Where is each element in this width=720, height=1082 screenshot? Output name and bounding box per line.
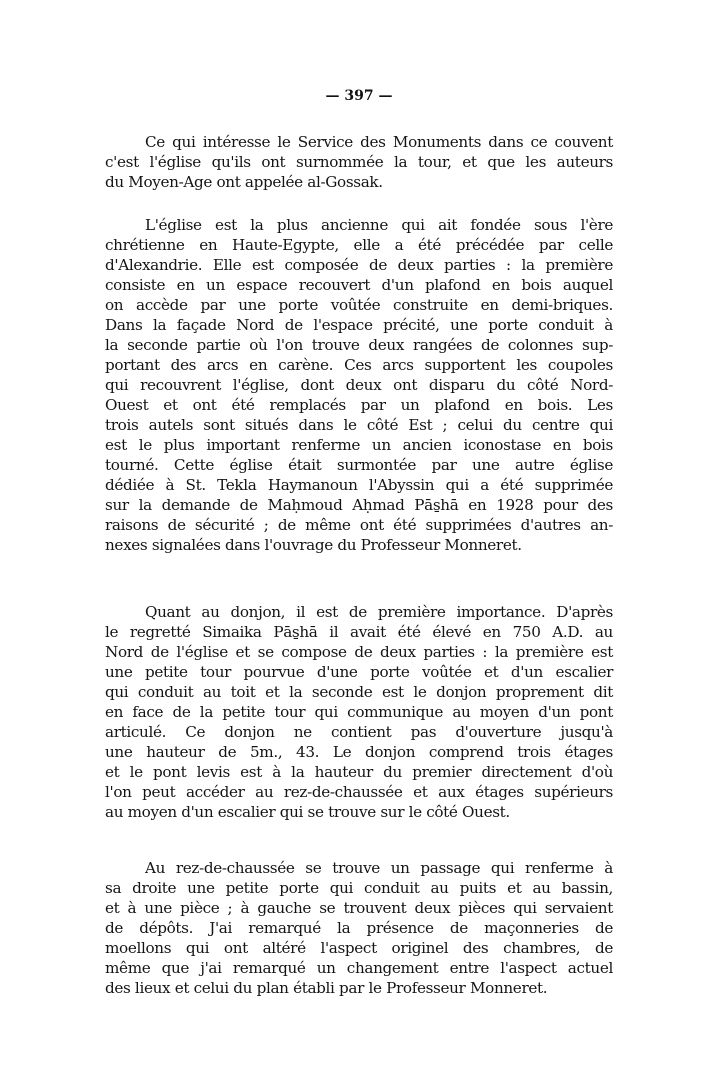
text-line: même que j'ai remarqué un changement ent… [105,958,613,978]
text-line: de dépôts. J'ai remarqué la présence de … [105,918,613,938]
text-line: consiste en un espace recouvert d'un pla… [105,275,613,295]
page-number: — 397 — [105,88,613,104]
text-line: des lieux et celui du plan établi par le… [105,978,613,998]
text-line: Ce qui intéresse le Service des Monument… [105,132,613,152]
text-line: sa droite une petite porte qui conduit a… [105,878,613,898]
text-line: tourné. Cette église était surmontée par… [105,455,613,475]
text-line: c'est l'église qu'ils ont surnommée la t… [105,152,613,172]
text-line: portant des arcs en carène. Ces arcs sup… [105,355,613,375]
text-line: articulé. Ce donjon ne contient pas d'ou… [105,722,613,742]
text-line: moellons qui ont altéré l'aspect origine… [105,938,613,958]
text-line: Dans la façade Nord de l'espace précité,… [105,315,613,335]
text-line: qui conduit au toit et la seconde est le… [105,682,613,702]
paragraph-2: L'église est la plus ancienne qui ait fo… [105,215,613,555]
text-line: trois autels sont situés dans le côté Es… [105,415,613,435]
text-line: l'on peut accéder au rez-de-chaussée et … [105,782,613,802]
text-line: du Moyen-Age ont appelée al-Gossak. [105,172,613,192]
paragraph-3: Quant au donjon, il est de première impo… [105,602,613,822]
text-line: sur la demande de Maḥmoud Aḥmad Pās̱hā e… [105,495,613,515]
text-line: chrétienne en Haute-Egypte, elle a été p… [105,235,613,255]
text-line: on accède par une porte voûtée construit… [105,295,613,315]
text-line: une hauteur de 5m., 43. Le donjon compre… [105,742,613,762]
text-line: Au rez-de-chaussée se trouve un passage … [105,858,613,878]
text-line: Quant au donjon, il est de première impo… [105,602,613,622]
text-line: raisons de sécurité ; de même ont été su… [105,515,613,535]
text-line: une petite tour pourvue d'une porte voût… [105,662,613,682]
text-line: Nord de l'église et se compose de deux p… [105,642,613,662]
text-line: Ouest et ont été remplacés par un plafon… [105,395,613,415]
text-line: nexes signalées dans l'ouvrage du Profes… [105,535,613,555]
text-line: dédiée à St. Tekla Haymanoun l'Abyssin q… [105,475,613,495]
text-line: et à une pièce ; à gauche se trouvent de… [105,898,613,918]
text-line: au moyen d'un escalier qui se trouve sur… [105,802,613,822]
text-line: est le plus important renferme un ancien… [105,435,613,455]
text-line: d'Alexandrie. Elle est composée de deux … [105,255,613,275]
text-line: la seconde partie où l'on trouve deux ra… [105,335,613,355]
text-line: qui recouvrent l'église, dont deux ont d… [105,375,613,395]
text-line: le regretté Simaika Pās̱hā il avait été … [105,622,613,642]
paragraph-1: Ce qui intéresse le Service des Monument… [105,132,613,192]
text-line: L'église est la plus ancienne qui ait fo… [105,215,613,235]
text-line: et le pont levis est à la hauteur du pre… [105,762,613,782]
text-line: en face de la petite tour qui communique… [105,702,613,722]
paragraph-4: Au rez-de-chaussée se trouve un passage … [105,858,613,998]
